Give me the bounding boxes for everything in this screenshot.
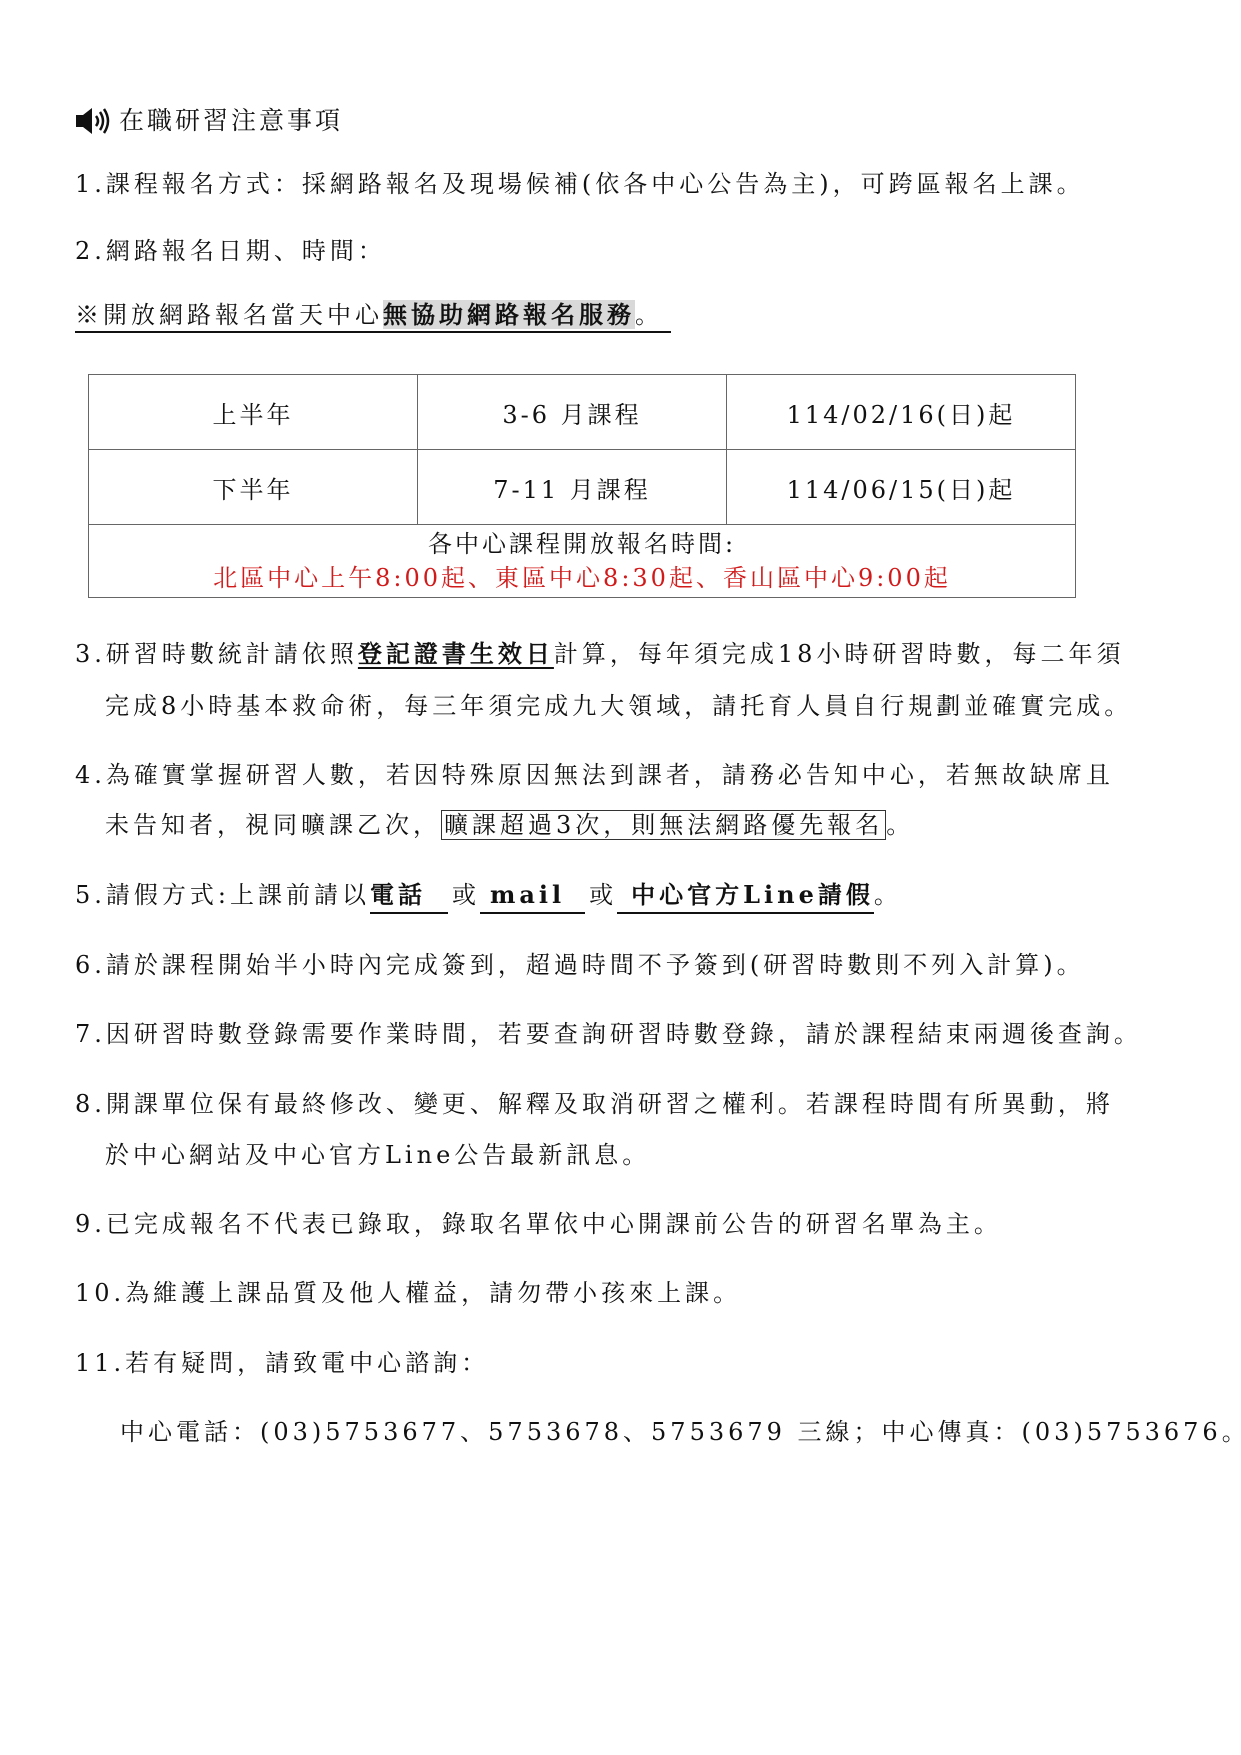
item-3-line-1: 3.研習時數統計請依照登記證書生效日計算，每年須完成18小時研習時數，每二年須 — [75, 637, 1124, 671]
item-5-or-2: 或 — [589, 881, 617, 909]
document-page: 在職研習注意事項 1.課程報名方式：採網路報名及現場候補(依各中心公告為主)，可… — [0, 0, 1241, 1755]
leave-option-phone: 電話 — [370, 878, 448, 914]
item-10: 10.為維護上課品質及他人權益，請勿帶小孩來上課。 — [75, 1276, 741, 1310]
notice-highlight: 無協助網路報名服務 — [383, 300, 635, 329]
leave-option-mail: mail — [480, 878, 585, 914]
table-row: 上半年 3-6 月課程 114/02/16(日)起 — [89, 375, 1076, 450]
leave-option-line: 中心官方Line請假 — [617, 878, 874, 914]
item-4-boxed-warning: 曠課超過3次，則無法網路優先報名 — [441, 810, 886, 840]
item-8-line-2: 於中心網站及中心官方Line公告最新訊息。 — [105, 1138, 650, 1172]
item-7: 7.因研習時數登錄需要作業時間，若要查詢研習時數登錄，請於課程結束兩週後查詢。 — [75, 1017, 1142, 1051]
item-3-suffix: 計算，每年須完成18小時研習時數，每二年須 — [554, 640, 1125, 668]
item-5: 5.請假方式:上課前請以電話或mail或中心官方Line請假。 — [75, 878, 902, 914]
start-date-cell: 114/02/16(日)起 — [727, 375, 1076, 450]
note-times: 北區中心上午8:00起、東區中心8:30起、香山區中心9:00起 — [89, 561, 1075, 595]
registration-note-cell: 各中心課程開放報名時間: 北區中心上午8:00起、東區中心8:30起、香山區中心… — [89, 525, 1076, 598]
notice-line: ※開放網路報名當天中心無協助網路報名服務。 — [75, 299, 671, 333]
item-9: 9.已完成報名不代表已錄取，錄取名單依中心開課前公告的研習名單為主。 — [75, 1207, 1002, 1241]
item-11: 11.若有疑問，請致電中心諮詢： — [75, 1346, 489, 1380]
table-row: 下半年 7-11 月課程 114/06/15(日)起 — [89, 450, 1076, 525]
period-cell: 上半年 — [89, 375, 418, 450]
courses-cell: 7-11 月課程 — [418, 450, 727, 525]
notice-suffix: 。 — [635, 301, 663, 329]
contact-info: 中心電話：(03)5753677、5753678、5753679 三線；中心傳真… — [120, 1415, 1241, 1449]
item-5-prefix: 5.請假方式:上課前請以 — [75, 881, 370, 909]
item-3-line-2: 完成8小時基本救命術，每三年須完成九大領域，請托育人員自行規劃並確實完成。 — [105, 689, 1132, 723]
item-1: 1.課程報名方式：採網路報名及現場候補(依各中心公告為主)，可跨區報名上課。 — [75, 167, 1085, 201]
document-title: 在職研習注意事項 — [75, 104, 343, 138]
item-4-prefix: 未告知者，視同曠課乙次， — [105, 811, 441, 839]
item-3-prefix: 3.研習時數統計請依照 — [75, 640, 358, 668]
registration-table: 上半年 3-6 月課程 114/02/16(日)起 下半年 7-11 月課程 1… — [88, 374, 1076, 598]
item-4-line-1: 4.為確實掌握研習人數，若因特殊原因無法到課者，請務必告知中心，若無故缺席且 — [75, 758, 1114, 792]
item-3-emphasis: 登記證書生效日 — [358, 639, 554, 668]
notice-prefix: ※開放網路報名當天中心 — [75, 301, 383, 329]
item-4-line-2: 未告知者，視同曠課乙次，曠課超過3次，則無法網路優先報名。 — [105, 808, 914, 842]
table-row: 各中心課程開放報名時間: 北區中心上午8:00起、東區中心8:30起、香山區中心… — [89, 525, 1076, 598]
item-2: 2.網路報名日期、時間： — [75, 234, 386, 268]
note-title: 各中心課程開放報名時間: — [89, 527, 1075, 561]
period-cell: 下半年 — [89, 450, 418, 525]
start-date-cell: 114/06/15(日)起 — [727, 450, 1076, 525]
item-4-suffix: 。 — [886, 811, 914, 839]
item-6: 6.請於課程開始半小時內完成簽到，超過時間不予簽到(研習時數則不列入計算)。 — [75, 948, 1085, 982]
item-5-or-1: 或 — [452, 881, 480, 909]
title-text: 在職研習注意事項 — [119, 104, 343, 138]
item-8-line-1: 8.開課單位保有最終修改、變更、解釋及取消研習之權利。若課程時間有所異動，將 — [75, 1087, 1114, 1121]
speaker-icon — [75, 106, 115, 136]
item-5-suffix: 。 — [874, 881, 902, 909]
courses-cell: 3-6 月課程 — [418, 375, 727, 450]
